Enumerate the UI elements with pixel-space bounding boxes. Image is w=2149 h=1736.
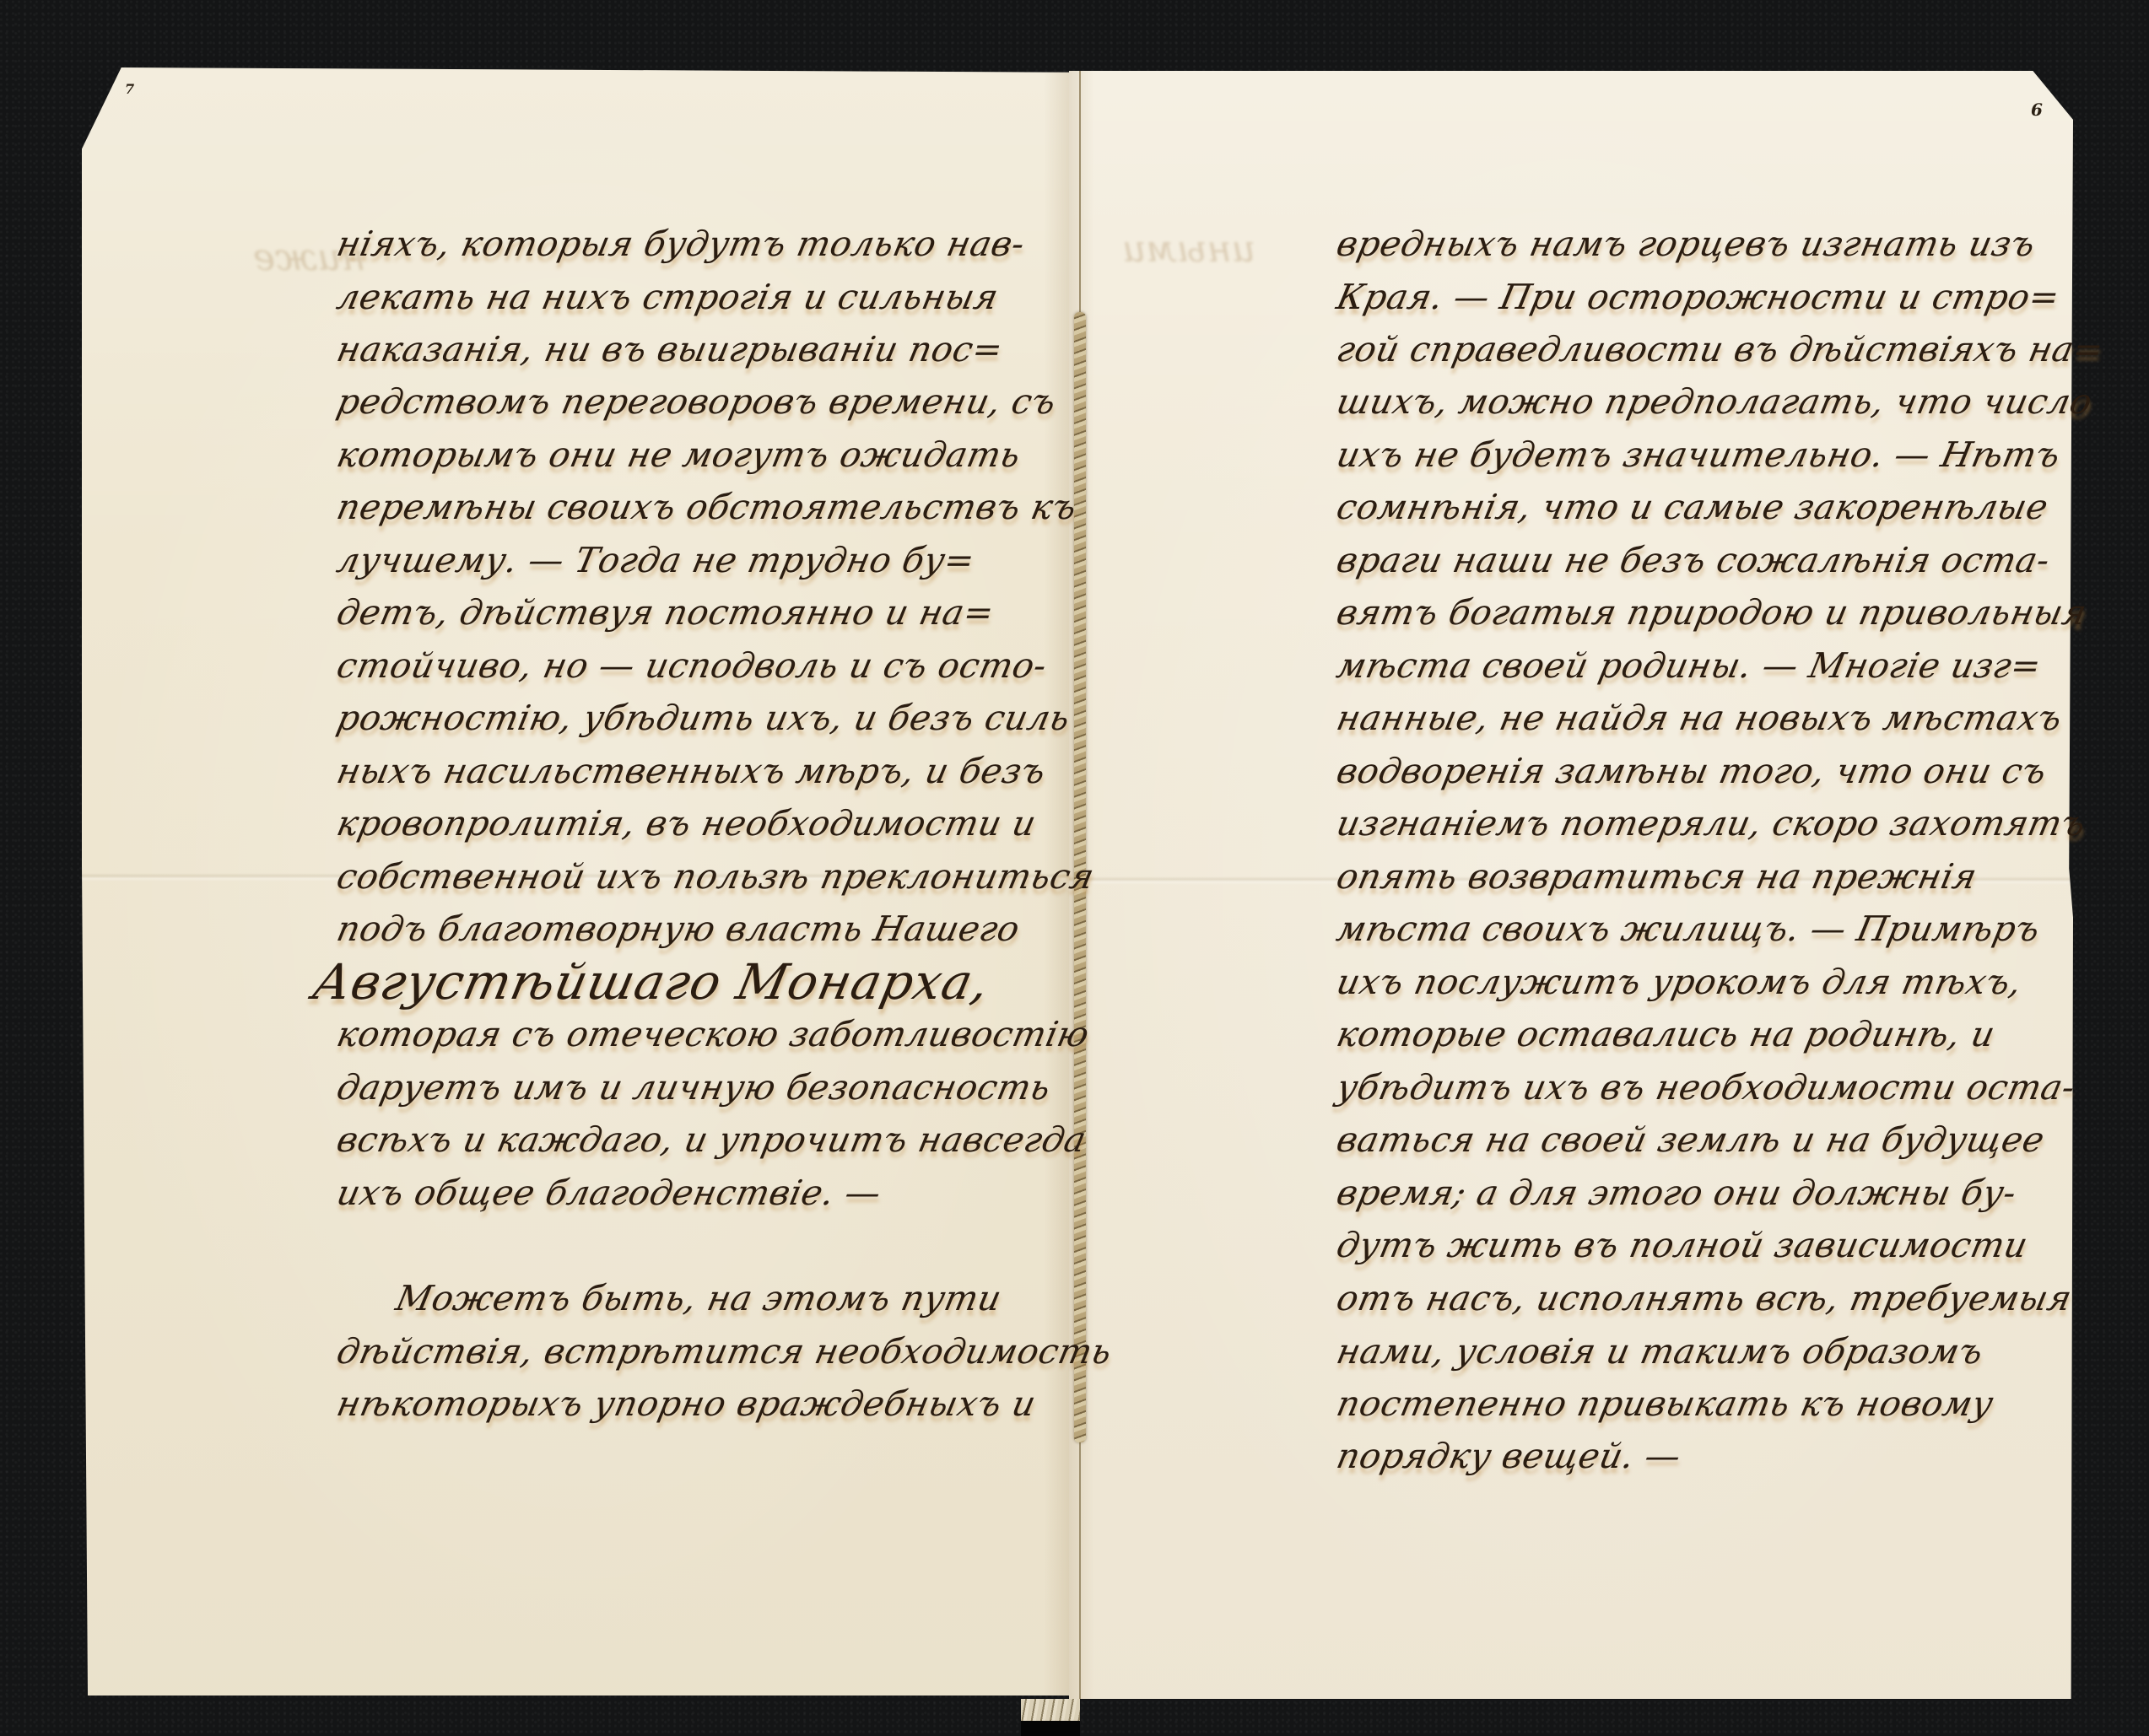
- text-line: дѣйствія, встрѣтится необходимость: [333, 1331, 1115, 1372]
- text-line: Края. — При осторожности и стро=: [1333, 277, 2064, 317]
- text-line: изгнаніемъ потеряли, скоро захотятъ: [1333, 803, 2090, 844]
- text-line: рожностію, убѣдить ихъ, и безъ силь: [333, 698, 1074, 738]
- text-line: ваться на своей землѣ и на будущее: [1333, 1119, 2049, 1160]
- text-line: водворенія замѣны того, что они съ: [1333, 751, 2050, 791]
- text-line-emphasis: Августѣйшаго Монарха,: [308, 953, 995, 1011]
- bleed-through-text: иными: [1122, 228, 1255, 271]
- text-line: нами, условія и такимъ образомъ: [1333, 1331, 1987, 1372]
- text-line: сомнѣнія, что и самые закоренѣлые: [1333, 487, 2052, 527]
- text-line: мѣста своихъ жилищъ. — Примѣръ: [1333, 908, 2044, 949]
- text-line: ныхъ насильственныхъ мѣръ, и безъ: [333, 751, 1050, 791]
- text-line: ніяхъ, которыя будутъ только нав-: [333, 224, 1029, 264]
- text-line: даруетъ имъ и личную безопасность: [333, 1067, 1055, 1108]
- text-line: отъ насъ, исполнять всѣ, требуемыя: [1333, 1278, 2076, 1318]
- text-line: ихъ послужитъ урокомъ для тѣхъ,: [1333, 962, 2026, 1002]
- text-line: которые оставались на родинѣ, и: [1333, 1014, 1999, 1054]
- text-line: вятъ богатыя природою и привольныя: [1333, 592, 2091, 633]
- text-line: опять возвратиться на прежнія: [1333, 856, 1981, 897]
- text-line: шихъ, можно предполагать, что число: [1333, 381, 2096, 422]
- text-line: ихъ не будетъ значительно. — Нѣтъ: [1333, 434, 2064, 475]
- text-line: подъ благотворную власть Нашего: [333, 908, 1023, 949]
- text-line: наказанія, ни въ выигрываніи пос=: [333, 329, 1007, 369]
- text-line: стойчиво, но — исподволь и съ осто-: [333, 645, 1050, 686]
- text-line: убѣдитъ ихъ въ необходимости оста-: [1333, 1067, 2079, 1108]
- text-line: время; а для этого они должны бу-: [1333, 1173, 2020, 1213]
- text-line: лучшему. — Тогда не трудно бу=: [333, 540, 979, 580]
- text-line: мѣста своей родины. — Многіе изг=: [1333, 645, 2045, 686]
- text-line: детъ, дѣйствуя постоянно и на=: [333, 592, 998, 633]
- text-line: нѣкоторыхъ упорно враждебныхъ и: [333, 1383, 1039, 1424]
- text-line: гой справедливости въ дѣйствіяхъ на=: [1333, 329, 2108, 369]
- text-line: враги наши не безъ сожалѣнія оста-: [1333, 540, 2054, 580]
- page-number-right: 6: [2031, 100, 2043, 120]
- text-line: порядку вещей. —: [1333, 1436, 1685, 1476]
- text-line: которая съ отеческою заботливостію: [333, 1014, 1093, 1054]
- text-line: нанные, не найдя на новыхъ мѣстахъ: [1333, 698, 2066, 738]
- text-line: перемѣны своихъ обстоятельствъ къ: [333, 487, 1081, 527]
- text-line: ихъ общее благоденствіе. —: [333, 1173, 885, 1213]
- text-line: всѣхъ и каждаго, и упрочитъ навсегда: [333, 1119, 1090, 1160]
- text-line: вредныхъ намъ горцевъ изгнать изъ: [1333, 224, 2039, 264]
- text-line: постепенно привыкать къ новому: [1333, 1383, 1997, 1424]
- text-line: лекать на нихъ строгія и сильныя: [333, 277, 1002, 317]
- text-line: собственной ихъ пользѣ преклониться: [333, 856, 1098, 897]
- text-line-paragraph-start: Можетъ быть, на этомъ пути: [392, 1278, 1005, 1318]
- binding-gap: [1021, 1721, 1080, 1736]
- text-line: редствомъ переговоровъ времени, съ: [333, 381, 1060, 422]
- text-line: которымъ они не могутъ ожидать: [333, 434, 1024, 475]
- scanned-manuscript-spread: 7 6 ниже иными ніяхъ, которыя будутъ тол…: [0, 0, 2149, 1736]
- page-number-left: 7: [125, 81, 134, 97]
- text-line: дутъ жить въ полной зависимости: [1333, 1225, 2032, 1265]
- text-line: кровопролитія, въ необходимости и: [333, 803, 1039, 844]
